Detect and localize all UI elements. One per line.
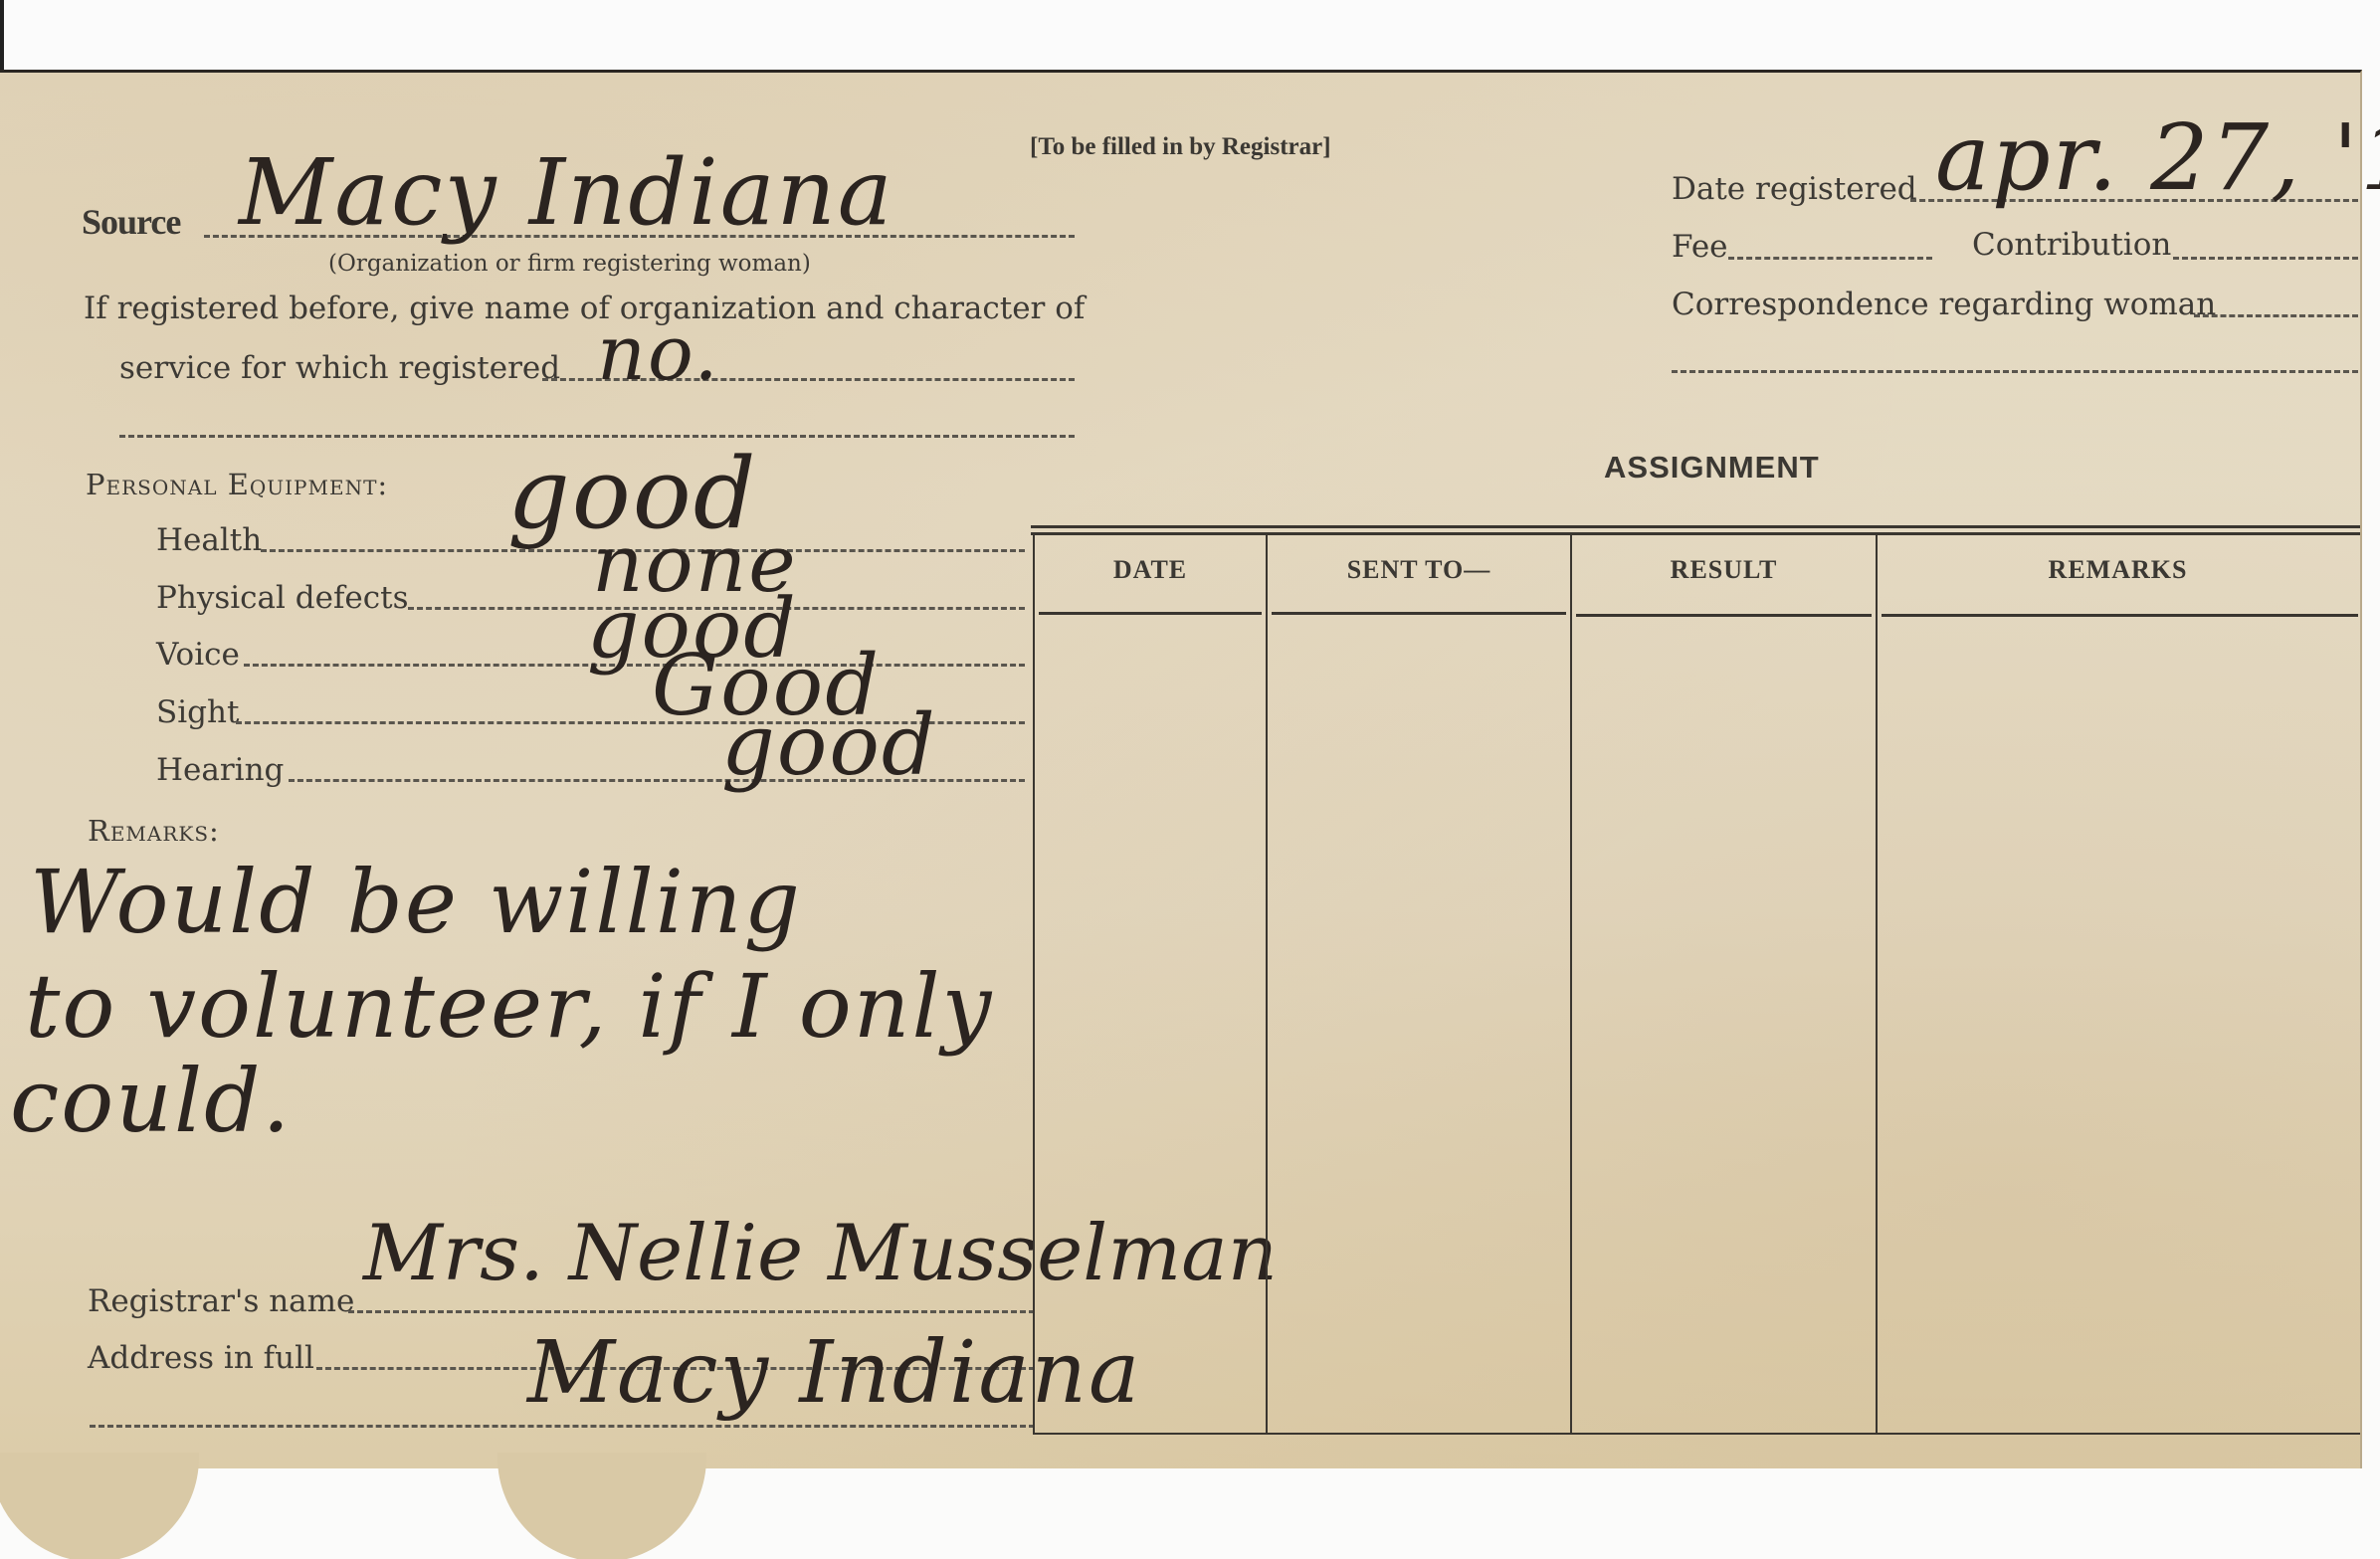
- correspondence-line-2: [1672, 370, 2358, 373]
- fee-line: [1728, 257, 1932, 260]
- table-top-rule-1: [1031, 525, 2360, 528]
- hearing-label: Hearing: [156, 752, 284, 788]
- fee-label: Fee: [1672, 229, 1728, 265]
- source-value: Macy Indiana: [239, 139, 894, 246]
- table-header-result: RESULT: [1572, 555, 1876, 585]
- card-tab-left: [0, 1453, 199, 1559]
- table-header-date: DATE: [1035, 555, 1266, 585]
- contribution-line: [2173, 257, 2358, 260]
- assignment-title: ASSIGNMENT: [1604, 450, 1820, 486]
- registrar-name-label: Registrar's name: [88, 1283, 354, 1319]
- date-registered-value: apr. 27, '18: [1935, 104, 2380, 211]
- voice-label: Voice: [156, 637, 240, 673]
- correspondence-label: Correspondence regarding woman: [1672, 287, 2216, 322]
- registered-before-prompt: If registered before, give name of organ…: [84, 291, 1085, 326]
- registered-before-value: no.: [597, 308, 720, 397]
- source-label: Source: [82, 201, 180, 243]
- remarks-line-3: could.: [10, 1050, 292, 1152]
- address-label: Address in full: [88, 1340, 314, 1376]
- table-bottom-rule: [1033, 1433, 2360, 1435]
- physical-defects-label: Physical defects: [156, 580, 409, 616]
- address-value: Macy Indiana: [527, 1323, 1141, 1423]
- date-registered-label: Date registered: [1672, 171, 1917, 207]
- registered-before-service-label: service for which registered: [119, 350, 560, 386]
- table-header-remarks: REMARKS: [1878, 555, 2358, 585]
- registrar-name-line: [348, 1310, 1035, 1313]
- contribution-label: Contribution: [1972, 227, 2171, 263]
- source-caption: (Organization or firm registering woman): [328, 251, 811, 277]
- table-header-underline-remarks: [1882, 614, 2358, 617]
- sight-label: Sight: [156, 694, 239, 730]
- registrar-name-value: Mrs. Nellie Musselman: [363, 1209, 1278, 1298]
- table-header-underline-result: [1576, 614, 1872, 617]
- table-col-divider-0: [1033, 535, 1035, 1433]
- remarks-heading: Remarks:: [88, 814, 220, 848]
- correspondence-line: [2194, 314, 2358, 317]
- address-line-2: [90, 1425, 1035, 1428]
- card-tab-middle: [497, 1453, 706, 1559]
- remarks-line-2: to volunteer, if I only: [25, 955, 993, 1058]
- table-col-divider-1: [1266, 535, 1268, 1433]
- remarks-line-1: Would be willing: [30, 851, 802, 953]
- health-label: Health: [156, 522, 262, 558]
- registrar-note: [To be filled in by Registrar]: [1030, 133, 1331, 161]
- personal-equipment-heading: Personal Equipment:: [86, 468, 388, 501]
- hearing-value: good: [721, 696, 937, 794]
- table-col-divider-2: [1570, 535, 1572, 1433]
- table-header-underline-sent-to: [1272, 612, 1566, 615]
- table-header-underline-date: [1039, 612, 1262, 615]
- table-top-rule-2: [1031, 532, 2360, 535]
- table-header-sent-to: SENT TO—: [1268, 555, 1570, 585]
- scanner-background-top: [0, 0, 2380, 70]
- table-col-divider-3: [1876, 535, 1878, 1433]
